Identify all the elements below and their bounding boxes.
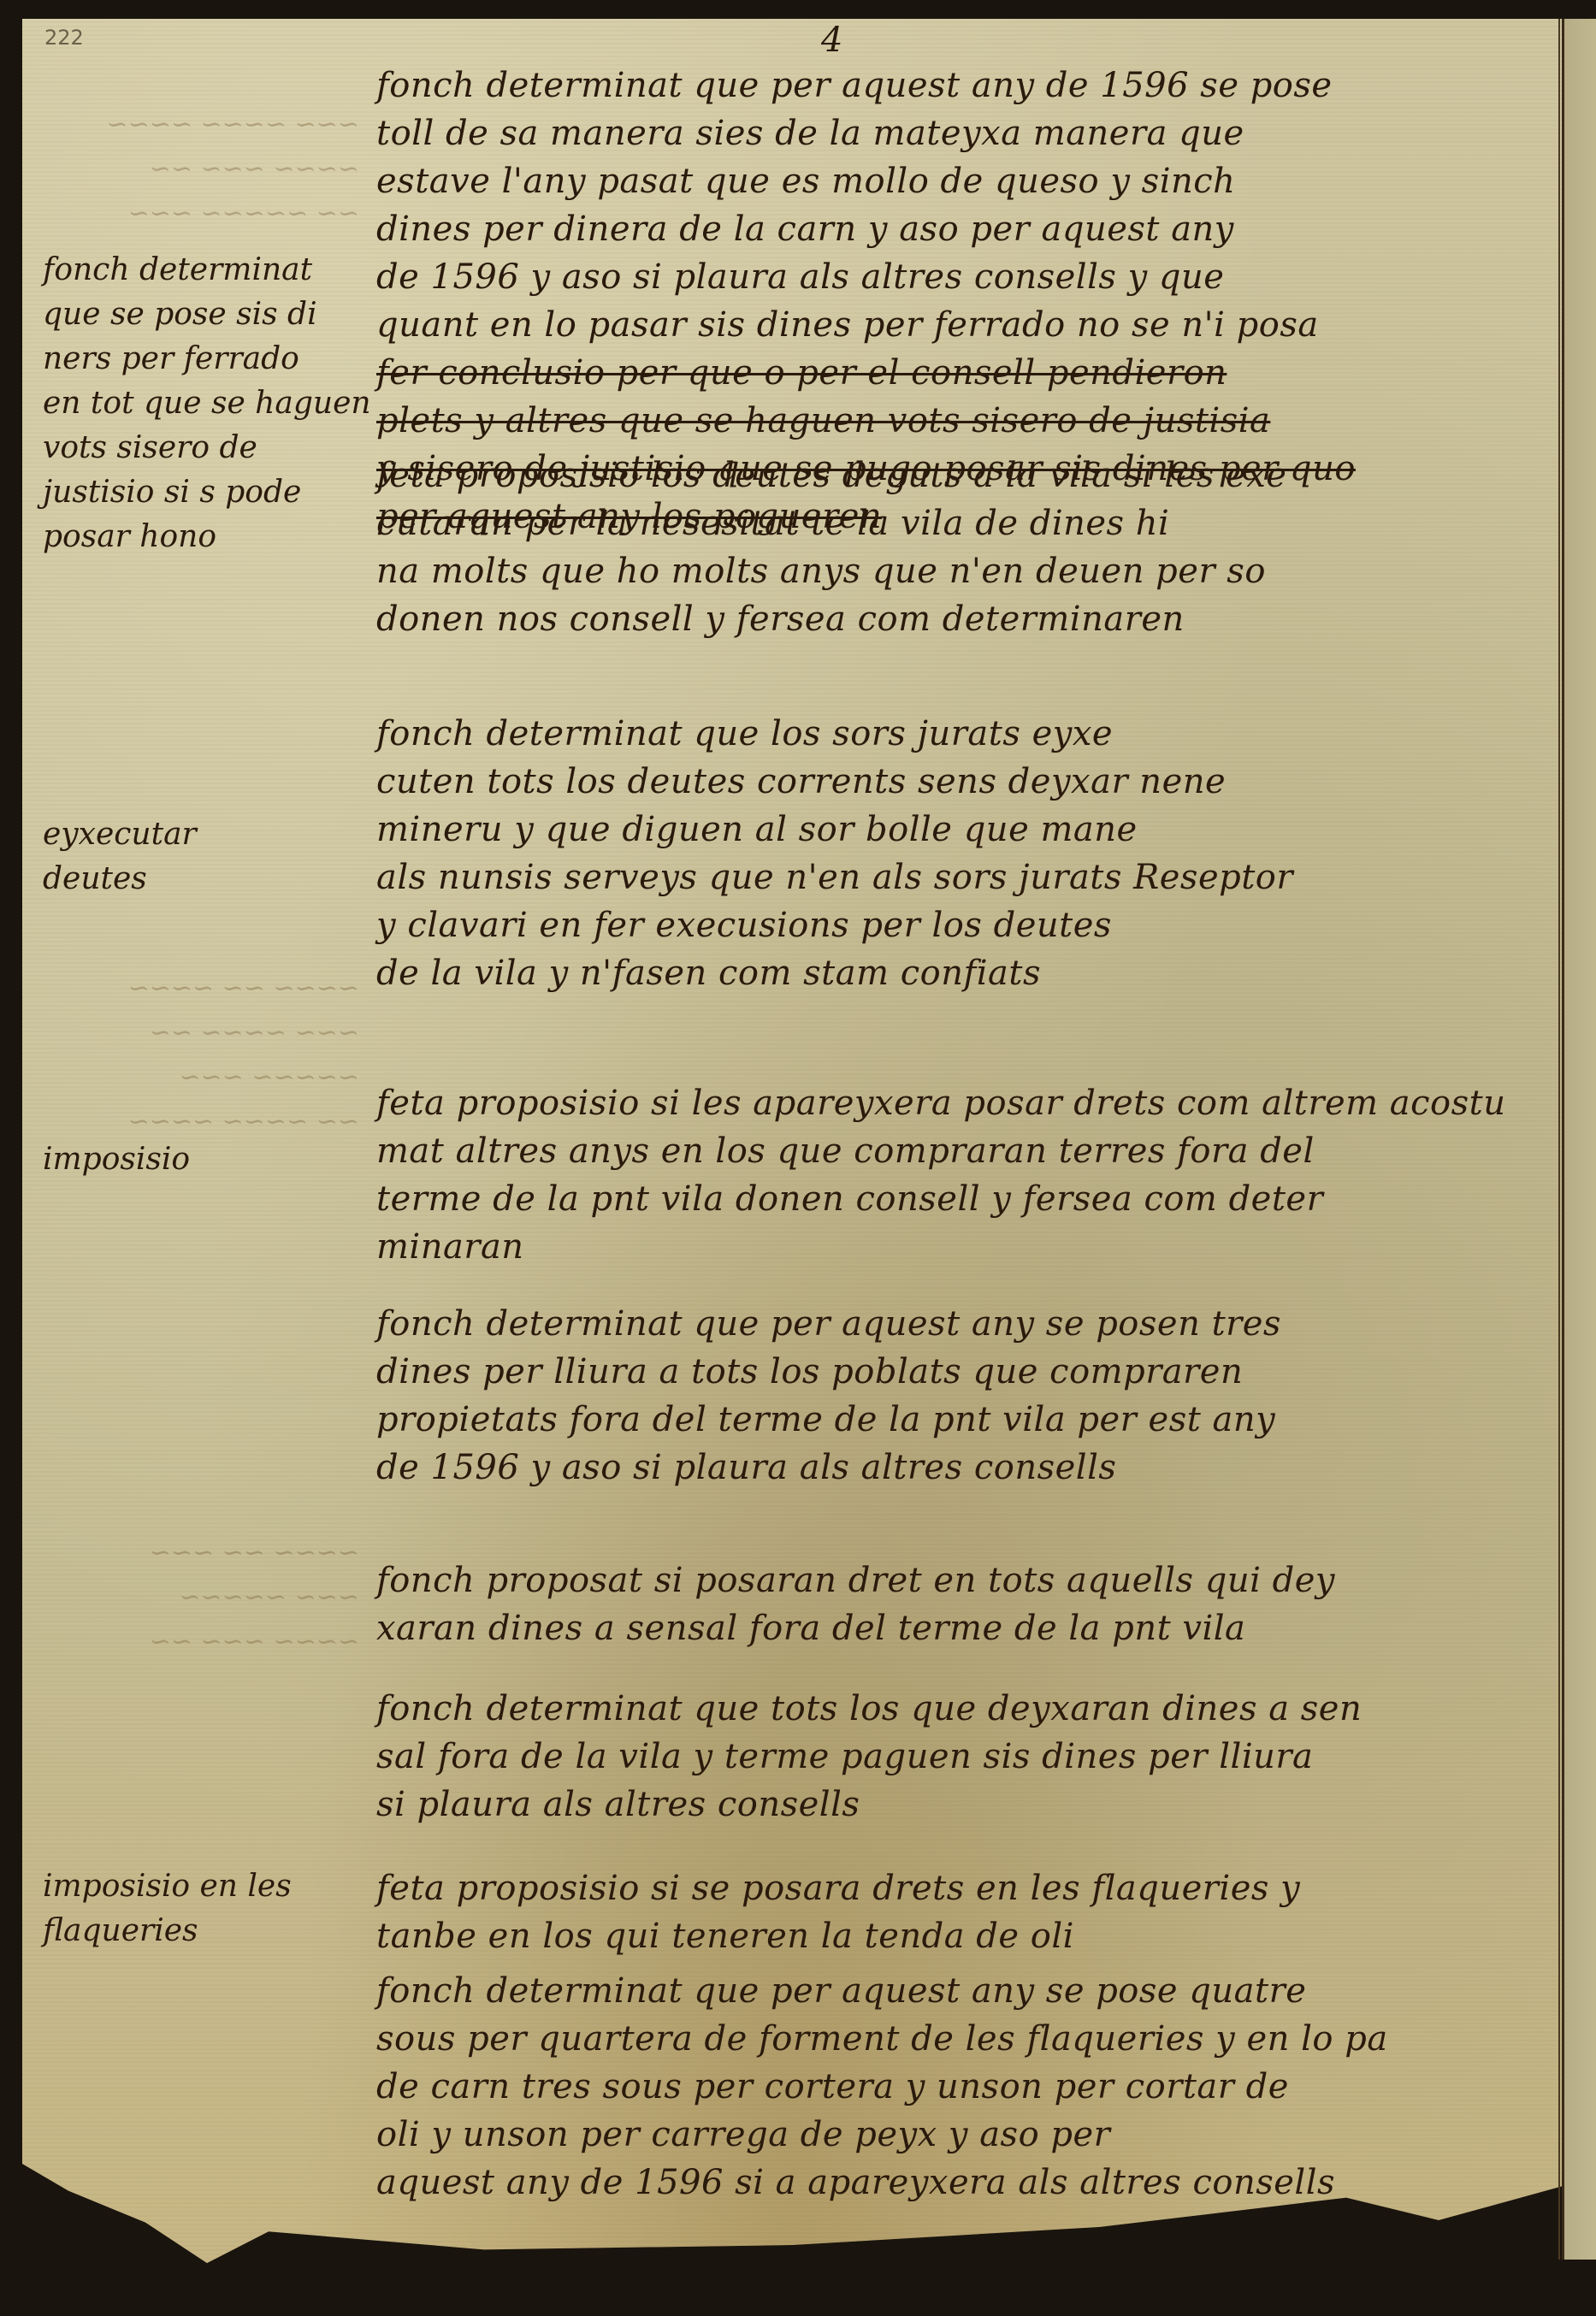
minute-entry: fonch determinat que per aquest any se p… (376, 1967, 1557, 2207)
text-line: mineru y que diguen al sor bolle que man… (376, 806, 1557, 854)
margin-note-line: imposisio (43, 1137, 368, 1182)
page-fold-line (1558, 19, 1560, 2260)
top-mark: 4 (821, 21, 842, 60)
text-line: cutaran per la nesesitat te la vila de d… (376, 499, 1557, 547)
margin-note-line: vots sisero de (43, 426, 368, 470)
text-line: oli y unson per carrega de peyx y aso pe… (376, 2111, 1557, 2159)
text-line: feta proposisio si se posara drets en le… (376, 1864, 1557, 1912)
minute-entry: fonch proposat si posaran dret en tots a… (376, 1557, 1557, 1652)
text-line: terme de la pnt vila donen consell y fer… (376, 1175, 1557, 1223)
margin-note-line: justisio si s pode (43, 470, 368, 515)
margin-note: imposisio en les flaqueries (43, 1864, 368, 1953)
text-line: de 1596 y aso si plaura als altres conse… (376, 1444, 1557, 1492)
bleed-through-text: ~~~~ ~~ ~~~~~~~ ~~~~ ~~~~~~~ ~~~~~ ~~~~ … (34, 966, 359, 1144)
margin-note-line: flaqueries (43, 1909, 368, 1953)
text-line: fonch determinat que los sors jurats eyx… (376, 710, 1557, 758)
text-line: propietats fora del terme de la pnt vila… (376, 1396, 1557, 1444)
margin-note-line: eyxecutar (43, 812, 368, 857)
text-line: de la vila y n'fasen com stam confiats (376, 949, 1557, 997)
margin-note-line: fonch determinat (43, 248, 368, 292)
minute-entry: feta proposisio si les apareyxera posar … (376, 1079, 1557, 1271)
margin-note: eyxecutar deutes (43, 812, 368, 901)
text-line: y clavari en fer execusions per los deut… (376, 901, 1557, 949)
text-line: als nunsis serveys que n'en als sors jur… (376, 854, 1557, 901)
text-line: feta proposisio los deutes deguts a la v… (376, 452, 1557, 499)
margin-note-line: ners per ferrado (43, 337, 368, 381)
margin-note-line: deutes (43, 857, 368, 901)
text-line: tanbe en los qui teneren la tenda de oli (376, 1912, 1557, 1960)
margin-note: fonch determinat que se pose sis di ners… (43, 248, 368, 559)
text-line: fonch determinat que per aquest any se p… (376, 1300, 1557, 1348)
text-line: sous per quartera de forment de les flaq… (376, 2015, 1557, 2063)
text-line: de carn tres sous per cortera y unson pe… (376, 2063, 1557, 2111)
text-line: aquest any de 1596 si a apareyxera als a… (376, 2159, 1557, 2207)
text-line: estave l'any pasat que es mollo de queso… (376, 157, 1557, 205)
minute-entry: fonch determinat que per aquest any se p… (376, 1300, 1557, 1492)
minute-entry: fonch determinat que los sors jurats eyx… (376, 710, 1557, 997)
text-line: quant en lo pasar sis dines per ferrado … (376, 301, 1557, 349)
adjacent-page-edge (1562, 19, 1596, 2260)
text-line: de 1596 y aso si plaura als altres conse… (376, 253, 1557, 301)
text-line: toll de sa manera sies de la mateyxa man… (376, 109, 1557, 157)
text-line: donen nos consell y fersea com determina… (376, 595, 1557, 643)
text-line: fonch proposat si posaran dret en tots a… (376, 1557, 1557, 1604)
text-line: dines per dinera de la carn y aso per aq… (376, 205, 1557, 253)
struck-text-line: plets y altres que se haguen vots sisero… (376, 397, 1557, 445)
minute-entry: fonch determinat que tots los que deyxar… (376, 1685, 1557, 1829)
text-line: na molts que ho molts anys que n'en deue… (376, 547, 1557, 595)
text-line: mat altres anys en los que compraran ter… (376, 1127, 1557, 1175)
text-line: xaran dines a sensal fora del terme de l… (376, 1604, 1557, 1652)
folio-number: 222 (44, 26, 84, 50)
minute-entry: feta proposisio los deutes deguts a la v… (376, 452, 1557, 643)
text-line: fonch determinat que tots los que deyxar… (376, 1685, 1557, 1733)
text-line: dines per lliura a tots los poblats que … (376, 1348, 1557, 1396)
text-line: si plaura als altres consells (376, 1781, 1557, 1829)
margin-note-line: en tot que se haguen (43, 381, 368, 426)
text-line: fonch determinat que per aquest any de 1… (376, 62, 1557, 109)
text-line: fonch determinat que per aquest any se p… (376, 1967, 1557, 2015)
struck-text-line: fer conclusio per que o per el consell p… (376, 349, 1557, 397)
text-line: minaran (376, 1223, 1557, 1271)
text-line: feta proposisio si les apareyxera posar … (376, 1079, 1557, 1127)
minute-entry: feta proposisio si se posara drets en le… (376, 1864, 1557, 1960)
bleed-through-text: ~~~~ ~~ ~~~~~~ ~~~~~~~~~ ~~~ ~~ (34, 1531, 359, 1664)
margin-note: imposisio (43, 1137, 368, 1182)
margin-note-line: imposisio en les (43, 1864, 368, 1909)
margin-note-line: que se pose sis di (43, 292, 368, 337)
margin-note-line: posar hono (43, 515, 368, 559)
bleed-through-text: ~~~ ~~~~ ~~~~~~~~ ~~~ ~~~~ ~~~~~ ~~~ (34, 103, 359, 236)
text-line: cuten tots los deutes corrents sens deyx… (376, 758, 1557, 806)
text-line: sal fora de la vila y terme paguen sis d… (376, 1733, 1557, 1781)
